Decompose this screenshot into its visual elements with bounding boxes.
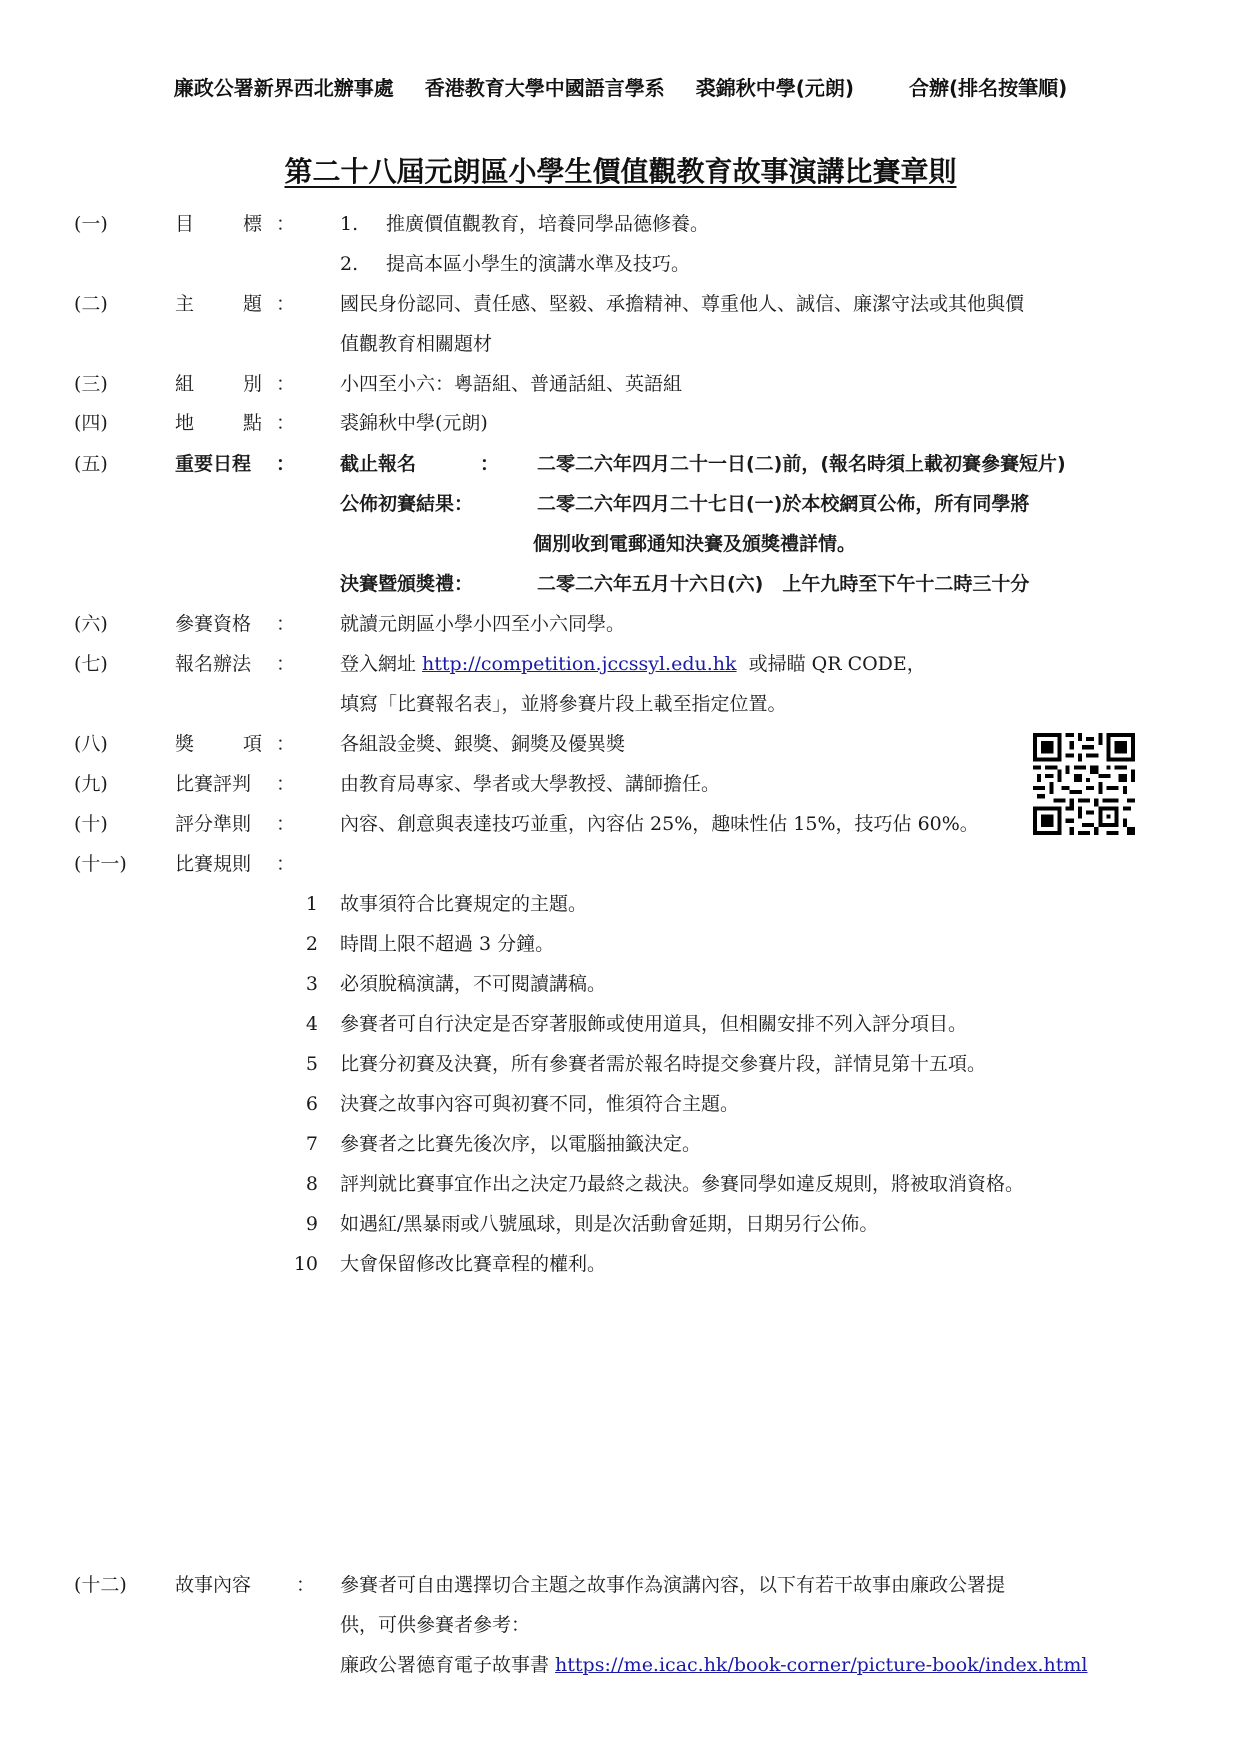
co-organize-note: 合辦(排名按筆順) — [909, 76, 1067, 100]
section-content: 值觀教育相關題材 — [340, 331, 492, 357]
schedule-value-results: 二零二六年四月二十七日(一)於本校網頁公佈，所有同學將 — [537, 491, 1029, 517]
section-number: (四) — [74, 410, 108, 436]
icac-story-link[interactable]: https://me.icac.hk/book-corner/picture-b… — [555, 1654, 1087, 1676]
section-content: 供，可供參賽者參考： — [340, 1612, 530, 1638]
organizer-3: 裘錦秋中學(元朗) — [696, 76, 854, 100]
section-label: 重要日程 — [175, 451, 251, 477]
schedule-label-final: 決賽暨頒獎禮： — [340, 571, 473, 597]
section-label: 報名辦法 — [175, 651, 251, 677]
qr-code-icon[interactable] — [1033, 733, 1135, 835]
section-label: 比賽評判 — [175, 771, 251, 797]
schedule-value-results-cont: 個別收到電郵通知決賽及頒獎禮詳情。 — [533, 531, 856, 557]
schedule-value-final: 二零二六年五月十六日(六) 上午九時至下午十二時三十分 — [537, 571, 1029, 597]
section-label: 目標 — [175, 211, 262, 237]
page-title: 第二十八屆元朗區小學生價值觀教育故事演講比賽章則 — [0, 150, 1241, 190]
section-number: (十一) — [74, 851, 127, 877]
page-title-text: 第二十八屆元朗區小學生價值觀教育故事演講比賽章則 — [284, 155, 956, 188]
section-number: (七) — [74, 651, 108, 677]
section-content: 國民身份認同、責任感、堅毅、承擔精神、尊重他人、誠信、廉潔守法或其他與價 — [340, 291, 1024, 317]
section-number: (三) — [74, 371, 108, 397]
section-number: (八) — [74, 731, 108, 757]
section-number: (五) — [74, 451, 108, 477]
section-number: (六) — [74, 611, 108, 637]
section-number: (十二) — [74, 1572, 127, 1598]
section-label: 評分準則 — [175, 811, 251, 837]
section-label: 地點 — [175, 410, 262, 436]
section-content: 內容、創意與表達技巧並重，內容佔 25%，趣味性佔 15%，技巧佔 60%。 — [340, 811, 979, 837]
section-content: 由教育局專家、學者或大學教授、講師擔任。 — [340, 771, 720, 797]
section-number: (二) — [74, 291, 108, 317]
section-label: 組別 — [175, 371, 262, 397]
registration-link[interactable]: http://competition.jccssyl.edu.hk — [422, 653, 736, 675]
organizer-2: 香港教育大學中國語言學系 — [425, 76, 665, 100]
section-number: (十) — [74, 811, 108, 837]
section-content: 裘錦秋中學(元朗) — [340, 410, 488, 436]
section-content: 各組設金獎、銀獎、銅獎及優異獎 — [340, 731, 625, 757]
objective-item: 2.提高本區小學生的演講水準及技巧。 — [340, 251, 690, 277]
section-content: 參賽者可自由選擇切合主題之故事作為演講內容，以下有若干故事由廉政公署提 — [340, 1572, 1005, 1598]
section-label: 故事內容 — [175, 1572, 251, 1598]
schedule-label-deadline: 截止報名 — [340, 451, 416, 477]
section-label: 主題 — [175, 291, 262, 317]
schedule-label-results: 公佈初賽結果： — [340, 491, 473, 517]
organizer-1: 廉政公署新界西北辦事處 — [174, 76, 394, 100]
section-label: 參賽資格 — [175, 611, 251, 637]
section-content: 就讀元朗區小學小四至小六同學。 — [340, 611, 625, 637]
section-label: 獎項 — [175, 731, 262, 757]
section-number: (九) — [74, 771, 108, 797]
section-label: 比賽規則 — [175, 851, 251, 877]
section-number: (一) — [74, 211, 108, 237]
organizers-header: 廉政公署新界西北辦事處 香港教育大學中國語言學系 裘錦秋中學(元朗) 合辦(排名… — [0, 72, 1241, 101]
objective-item: 1.推廣價值觀教育，培養同學品德修養。 — [340, 211, 709, 237]
section-content: 填寫「比賽報名表」，並將參賽片段上載至指定位置。 — [340, 691, 787, 717]
section-content: 小四至小六：粵語組、普通話組、英語組 — [340, 371, 682, 397]
schedule-value-deadline: 二零二六年四月二十一日(二)前，(報名時須上載初賽參賽短片) — [537, 451, 1066, 477]
